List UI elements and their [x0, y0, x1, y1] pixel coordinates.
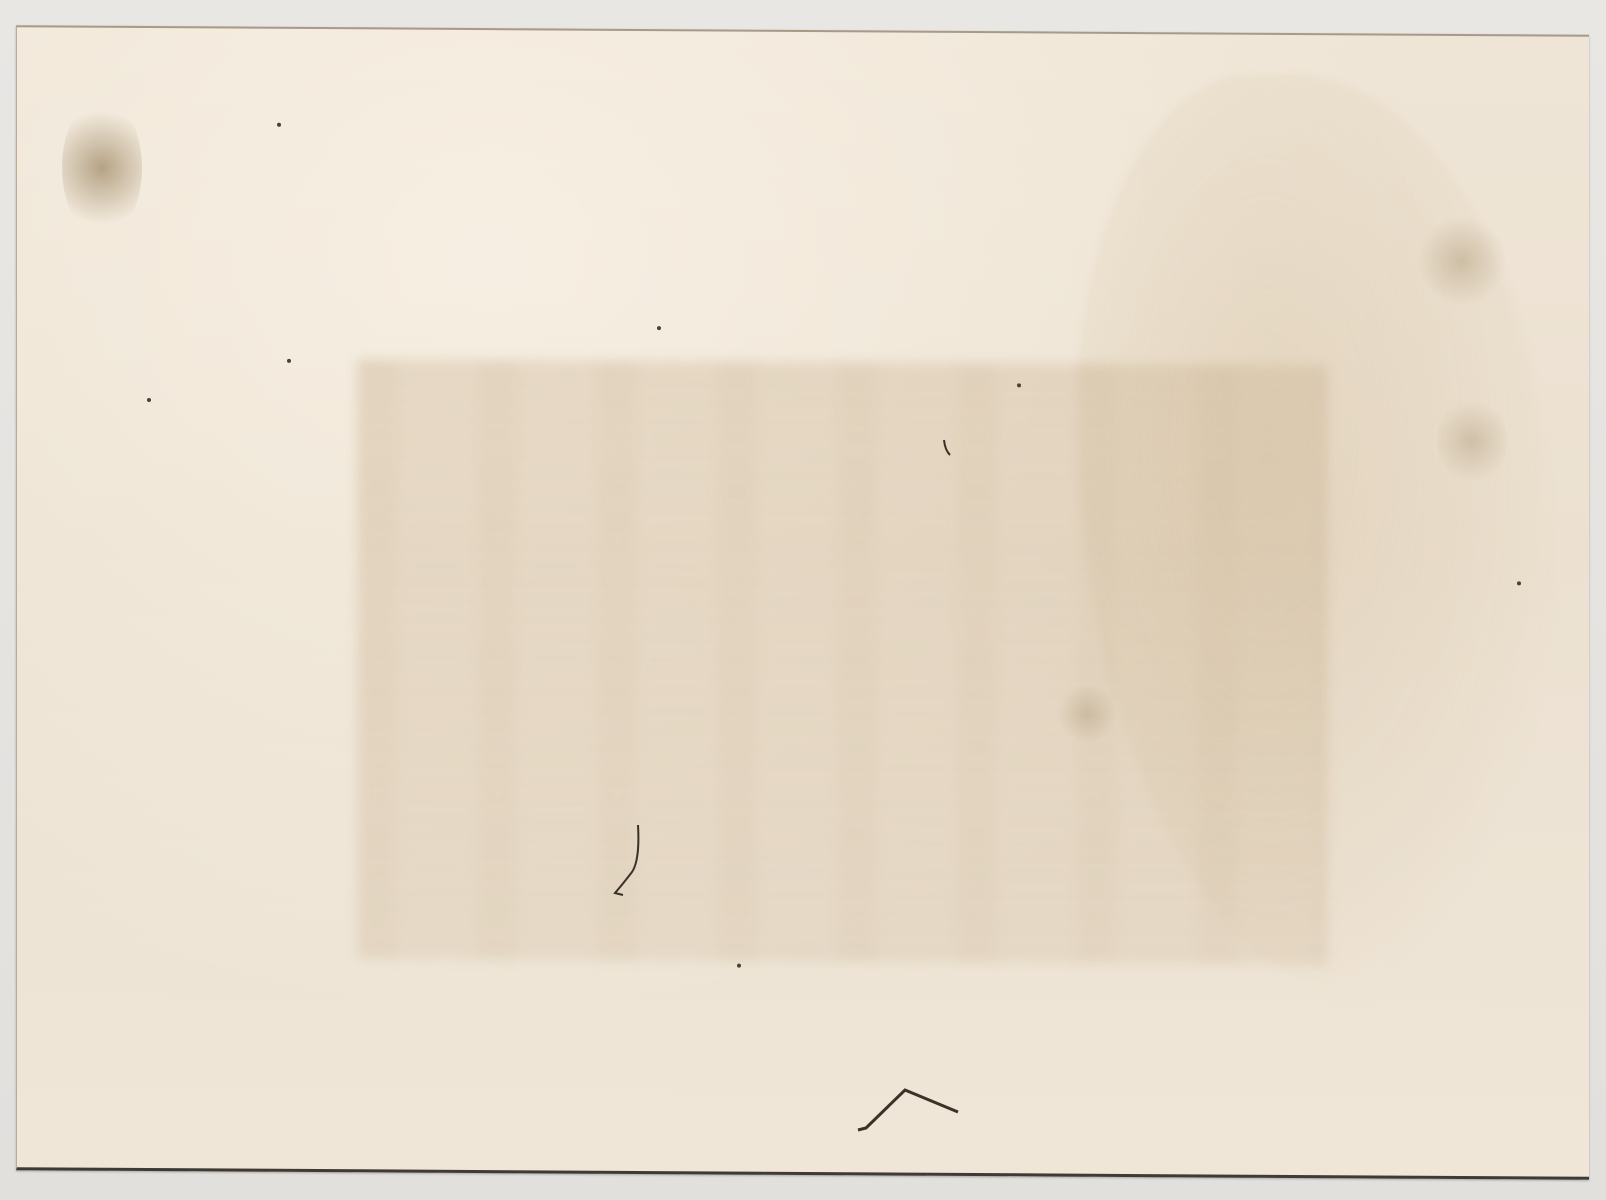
- pen-stroke-caret: [858, 1090, 958, 1130]
- pen-marks: [0, 0, 1606, 1200]
- pen-stroke-curve: [615, 825, 638, 895]
- pen-tick: [944, 440, 950, 455]
